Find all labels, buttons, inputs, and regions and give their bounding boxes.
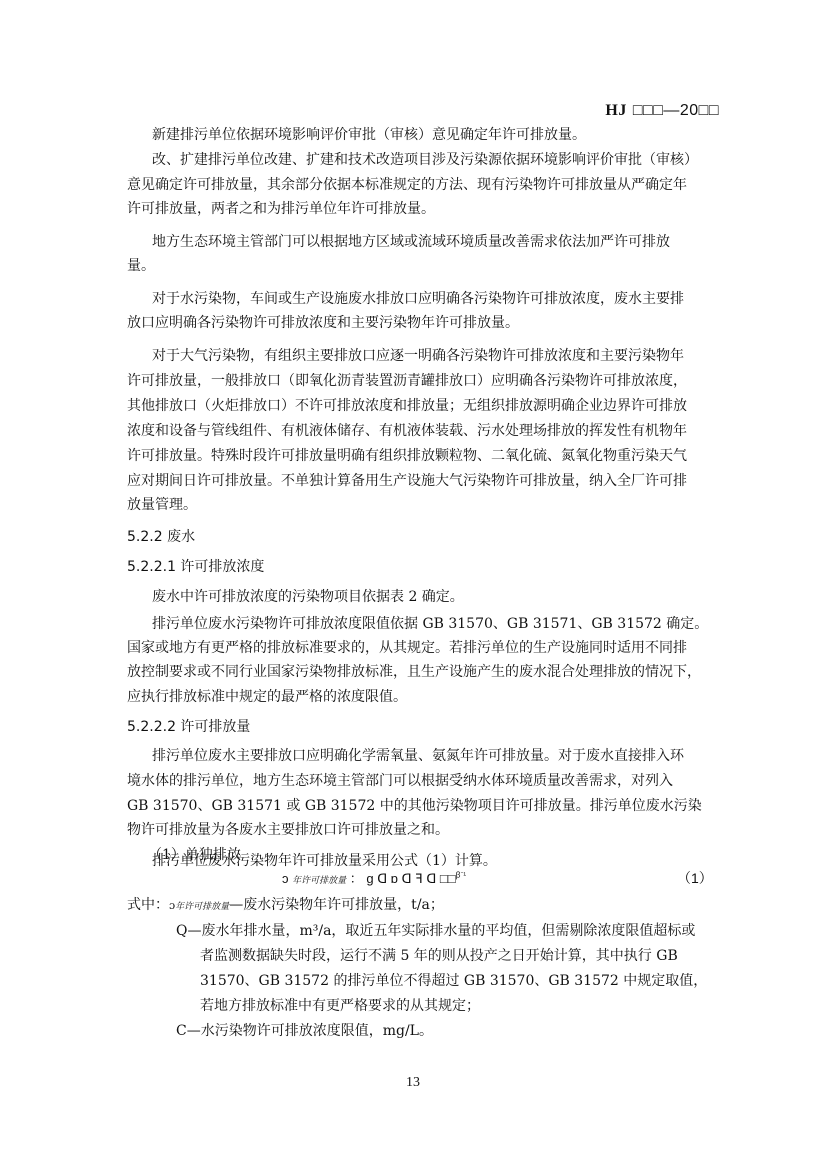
definition-subscript: 年许可排放量 <box>175 902 229 912</box>
paragraph-line: 许可排放量。特殊时段许可排放量明确有组织排放颗粒物、二氧化硫、氮氧化物重污染天气 <box>127 446 687 466</box>
paragraph-line: 放口应明确各污染物许可排放浓度和主要污染物年许可排放量。 <box>127 313 519 333</box>
paragraph-line: 许可排放量，两者之和为排污单位年许可排放量。 <box>127 199 435 219</box>
paragraph-line: 地方生态环境主管部门可以根据地方区域或流域环境质量改善需求依法加严许可排放 <box>152 232 670 252</box>
paragraph-line: 改、扩建排污单位改建、扩建和技术改造项目涉及污染源依据环境影响评价审批（审核） <box>152 150 698 170</box>
paragraph-line: 放量管理。 <box>127 495 197 515</box>
definition-intro: 式中：ɔ年许可排放量—废水污染物年许可排放量，t/a； <box>127 895 444 917</box>
paragraph-line: 应执行排放标准中规定的最严格的浓度限值。 <box>127 687 407 707</box>
section-heading-5-2-2-1: 5.2.2.1 许可排放浓度 <box>127 557 264 577</box>
paragraph-line: 放控制要求或不同行业国家污染物排放标准，且生产设施产生的废水混合处理排放的情况下… <box>127 662 701 682</box>
formula-superscript: ꞵ⁻¹ <box>456 871 466 880</box>
formula-symbol: ɔ <box>282 871 289 886</box>
standard-prefix: HJ <box>605 102 626 119</box>
paragraph-line: 其他排放口（火炬排放口）不许可排放浓度和排放量；无组织排放源明确企业边界许可排放 <box>127 396 687 416</box>
paragraph-line: 境水体的排污单位，地方生态环境主管部门可以根据受纳水体环境质量改善需求，对列入 <box>127 771 673 791</box>
definition-q-line: 若地方排放标准中有更严格要求的从其规定； <box>200 996 480 1016</box>
paragraph-line: 排污单位废水污染物许可排放浓度限值依据 GB 31570、GB 31571、GB… <box>152 614 708 634</box>
definition-intro-label: 式中： <box>127 897 169 913</box>
paragraph-line: GB 31570、GB 31571 或 GB 31572 中的其他污染物项目许可… <box>127 796 702 816</box>
standard-header: HJ□□□—20□□ <box>605 102 719 120</box>
paragraph-line: 应对期间日许可排放量。不单独计算备用生产设施大气污染物许可排放量，纳入全厂许可排 <box>127 471 687 491</box>
paragraph-line: 废水中许可排放浓度的污染物项目依据表 2 确定。 <box>152 587 464 607</box>
definition-c-line: C—水污染物许可排放浓度限值，mg/L。 <box>176 1021 433 1041</box>
formula-body: ： g ᗡ ɒ ᗡ ꟻ ᗡ □□ <box>350 871 456 886</box>
definition-q-line: 31570、GB 31572 的排污单位不得超过 GB 31570、GB 315… <box>200 971 707 991</box>
paragraph-line: 对于水污染物，车间或生产设施废水排放口应明确各污染物许可排放浓度，废水主要排 <box>152 289 684 309</box>
formula-1: ɔ 年许可排放量 ： g ᗡ ɒ ᗡ ꟻ ᗡ □□ꞵ⁻¹ <box>282 868 466 887</box>
paragraph-line: 国家或地方有更严格的排放标准要求的，从其规定。若排污单位的生产设施同时适用不同排 <box>127 638 687 658</box>
section-heading-5-2-2-2: 5.2.2.2 许可排放量 <box>127 717 250 737</box>
definition-text: —废水污染物年许可排放量，t/a； <box>229 897 444 913</box>
standard-code: □□□—20□□ <box>633 102 719 119</box>
paragraph-line: 许可排放量，一般排放口（即氧化沥青装置沥青罐排放口）应明确各污染物许可排放浓度， <box>127 371 687 391</box>
formula-subscript: 年许可排放量 <box>292 875 346 885</box>
paragraph-line: 对于大气污染物，有组织主要排放口应逐一明确各污染物许可排放浓度和主要污染物年 <box>152 346 684 366</box>
paragraph-line: 浓度和设备与管线组件、有机液体储存、有机液体装载、污水处理场排放的挥发性有机物年 <box>127 421 687 441</box>
paragraph-line: 排污单位废水主要排放口应明确化学需氧量、氨氮年许可排放量。对于废水直接排入环 <box>152 746 684 766</box>
paragraph-line: 意见确定许可排放量，其余部分依据本标准规定的方法、现有污染物许可排放量从严确定年 <box>127 175 687 195</box>
paragraph-line: 量。 <box>127 256 155 276</box>
page-number: 13 <box>0 1075 826 1091</box>
section-heading-5-2-2: 5.2.2 废水 <box>127 527 195 547</box>
paragraph-line: 新建排污单位依据环境影响评价审批（审核）意见确定年许可排放量。 <box>152 125 586 145</box>
formula-number: （1） <box>677 868 713 888</box>
paragraph-line: 物许可排放量为各废水主要排放口许可排放量之和。 <box>127 820 449 840</box>
definition-q-line: Q—废水年排水量，m³/a，取近五年实际排水量的平均值，但需剔除浓度限值超标或 <box>176 921 695 941</box>
document-page: HJ□□□—20□□ 新建排污单位依据环境影响评价审批（审核）意见确定年许可排放… <box>0 0 826 1169</box>
definition-q-line: 者监测数据缺失时段，运行不满 5 年的则从投产之日开始计算，其中执行 GB <box>200 946 678 966</box>
